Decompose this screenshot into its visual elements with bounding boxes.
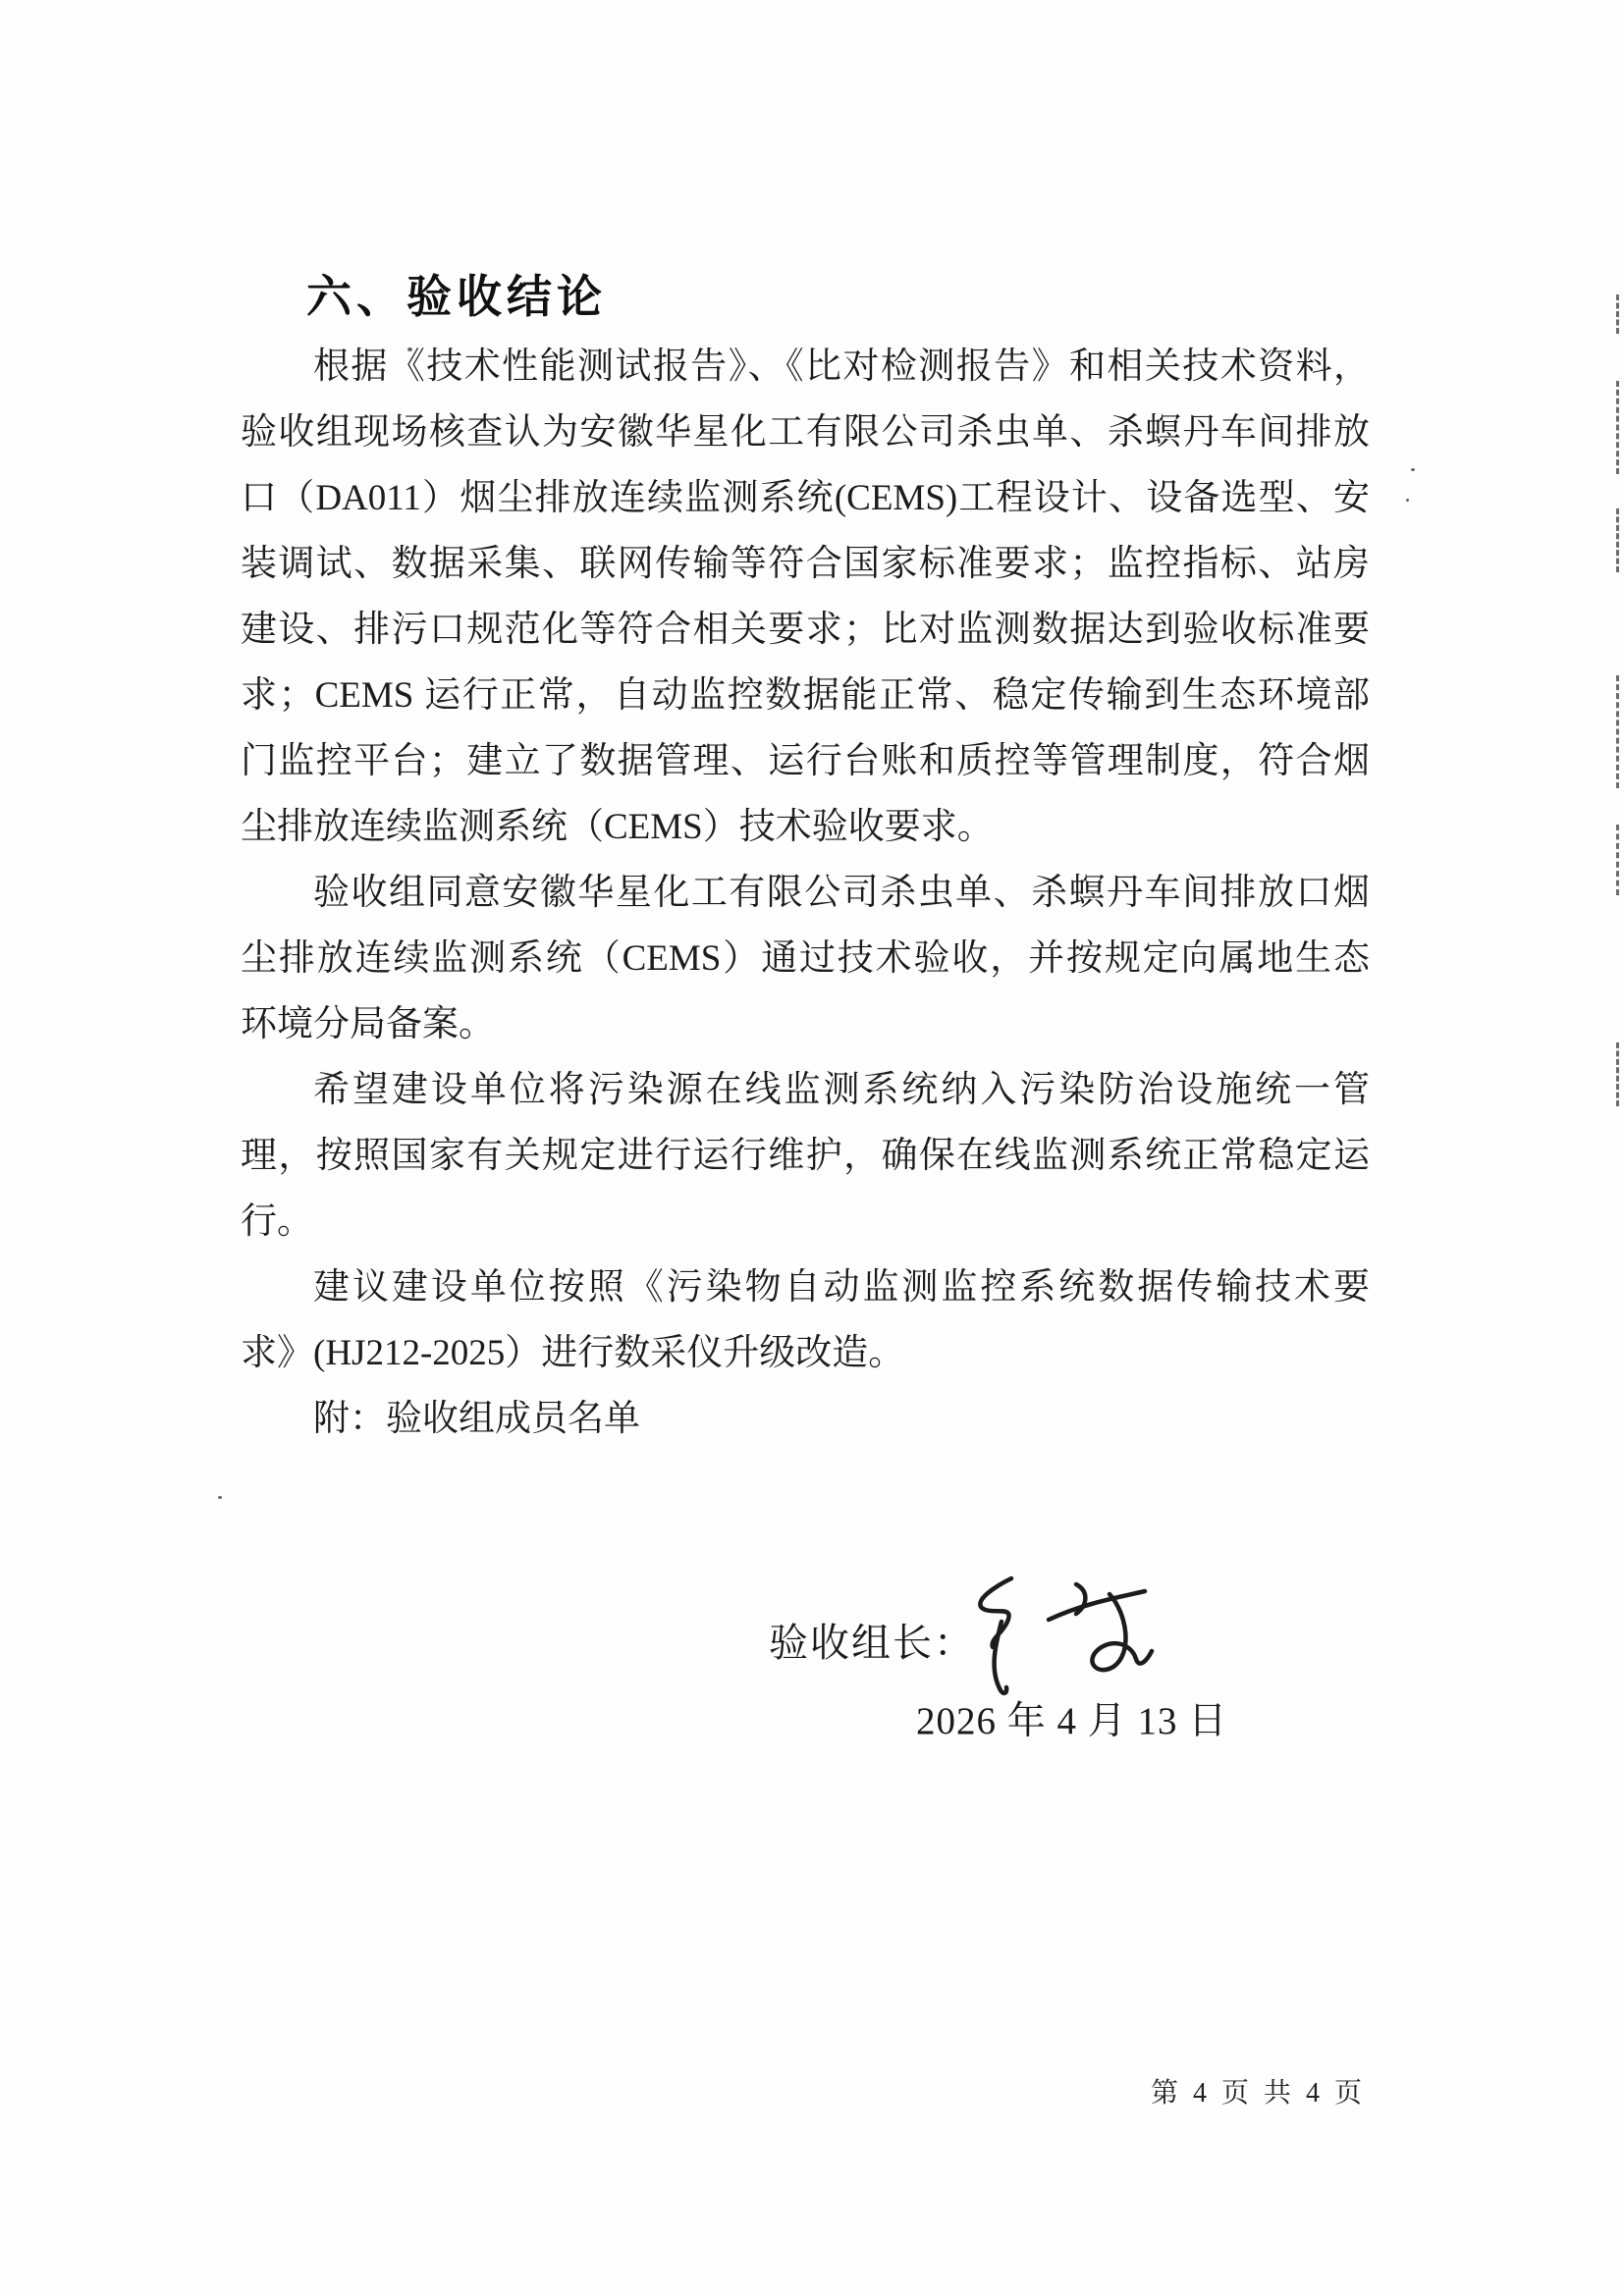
- scan-artifact: [1616, 1042, 1619, 1106]
- body-line: 验收组现场核查认为安徽华星化工有限公司杀虫单、杀螟丹车间排放: [241, 400, 1370, 465]
- body-line: 求》(HJ212-2025）进行数采仪升级改造。: [241, 1320, 1370, 1386]
- body-line: 口（DA011）烟尘排放连续监测系统(CEMS)工程设计、设备选型、安: [241, 465, 1370, 531]
- page-number-footer: 第 4 页 共 4 页: [1151, 2071, 1366, 2110]
- document-body: 根据《技术性能测试报告》、《比对检测报告》和相关技术资料， 验收组现场核查认为安…: [241, 334, 1370, 1452]
- body-line: 环境分局备案。: [241, 991, 1370, 1057]
- body-line: 根据《技术性能测试报告》、《比对检测报告》和相关技术资料，: [241, 334, 1370, 400]
- attachment-note-line: 附：验收组成员名单: [241, 1386, 1370, 1452]
- body-line: 建议建设单位按照《污染物自动监测监控系统数据传输技术要: [241, 1255, 1370, 1320]
- body-line: 装调试、数据采集、联网传输等符合国家标准要求；监控指标、站房: [241, 531, 1370, 597]
- section-heading: 六、验收结论: [306, 261, 607, 326]
- scanned-document-page: 六、验收结论 根据《技术性能测试报告》、《比对检测报告》和相关技术资料， 验收组…: [0, 0, 1624, 2296]
- scan-speck: [1411, 468, 1415, 471]
- body-line: 希望建设单位将污染源在线监测系统纳入污染防治设施统一管: [241, 1057, 1370, 1123]
- scan-artifact: [1616, 675, 1619, 788]
- body-line: 验收组同意安徽华星化工有限公司杀虫单、杀螟丹车间排放口烟: [241, 860, 1370, 926]
- body-line: 尘排放连续监测系统（CEMS）技术验收要求。: [241, 794, 1370, 860]
- body-line: 尘排放连续监测系统（CEMS）通过技术验收，并按规定向属地生态: [241, 926, 1370, 991]
- signature-date: 2026 年 4 月 13 日: [916, 1690, 1227, 1745]
- body-line: 行。: [241, 1189, 1370, 1255]
- body-line: 建设、排污口规范化等符合相关要求；比对监测数据达到验收标准要: [241, 597, 1370, 663]
- scan-artifact: [1616, 381, 1619, 474]
- scan-speck: [218, 1496, 222, 1499]
- body-line: 门监控平台；建立了数据管理、运行台账和质控等管理制度，符合烟: [241, 728, 1370, 794]
- scan-speck: [407, 347, 412, 351]
- scan-artifact: [1616, 508, 1619, 572]
- body-line: 求；CEMS 运行正常，自动监控数据能正常、稳定传输到生态环境部: [241, 663, 1370, 728]
- scan-artifact: [1616, 825, 1619, 895]
- signature-label: 验收组长：: [769, 1612, 975, 1675]
- body-line: 理，按照国家有关规定进行运行维护，确保在线监测系统正常稳定运: [241, 1123, 1370, 1189]
- scan-artifact: [1616, 294, 1619, 334]
- scan-speck: [1406, 499, 1409, 502]
